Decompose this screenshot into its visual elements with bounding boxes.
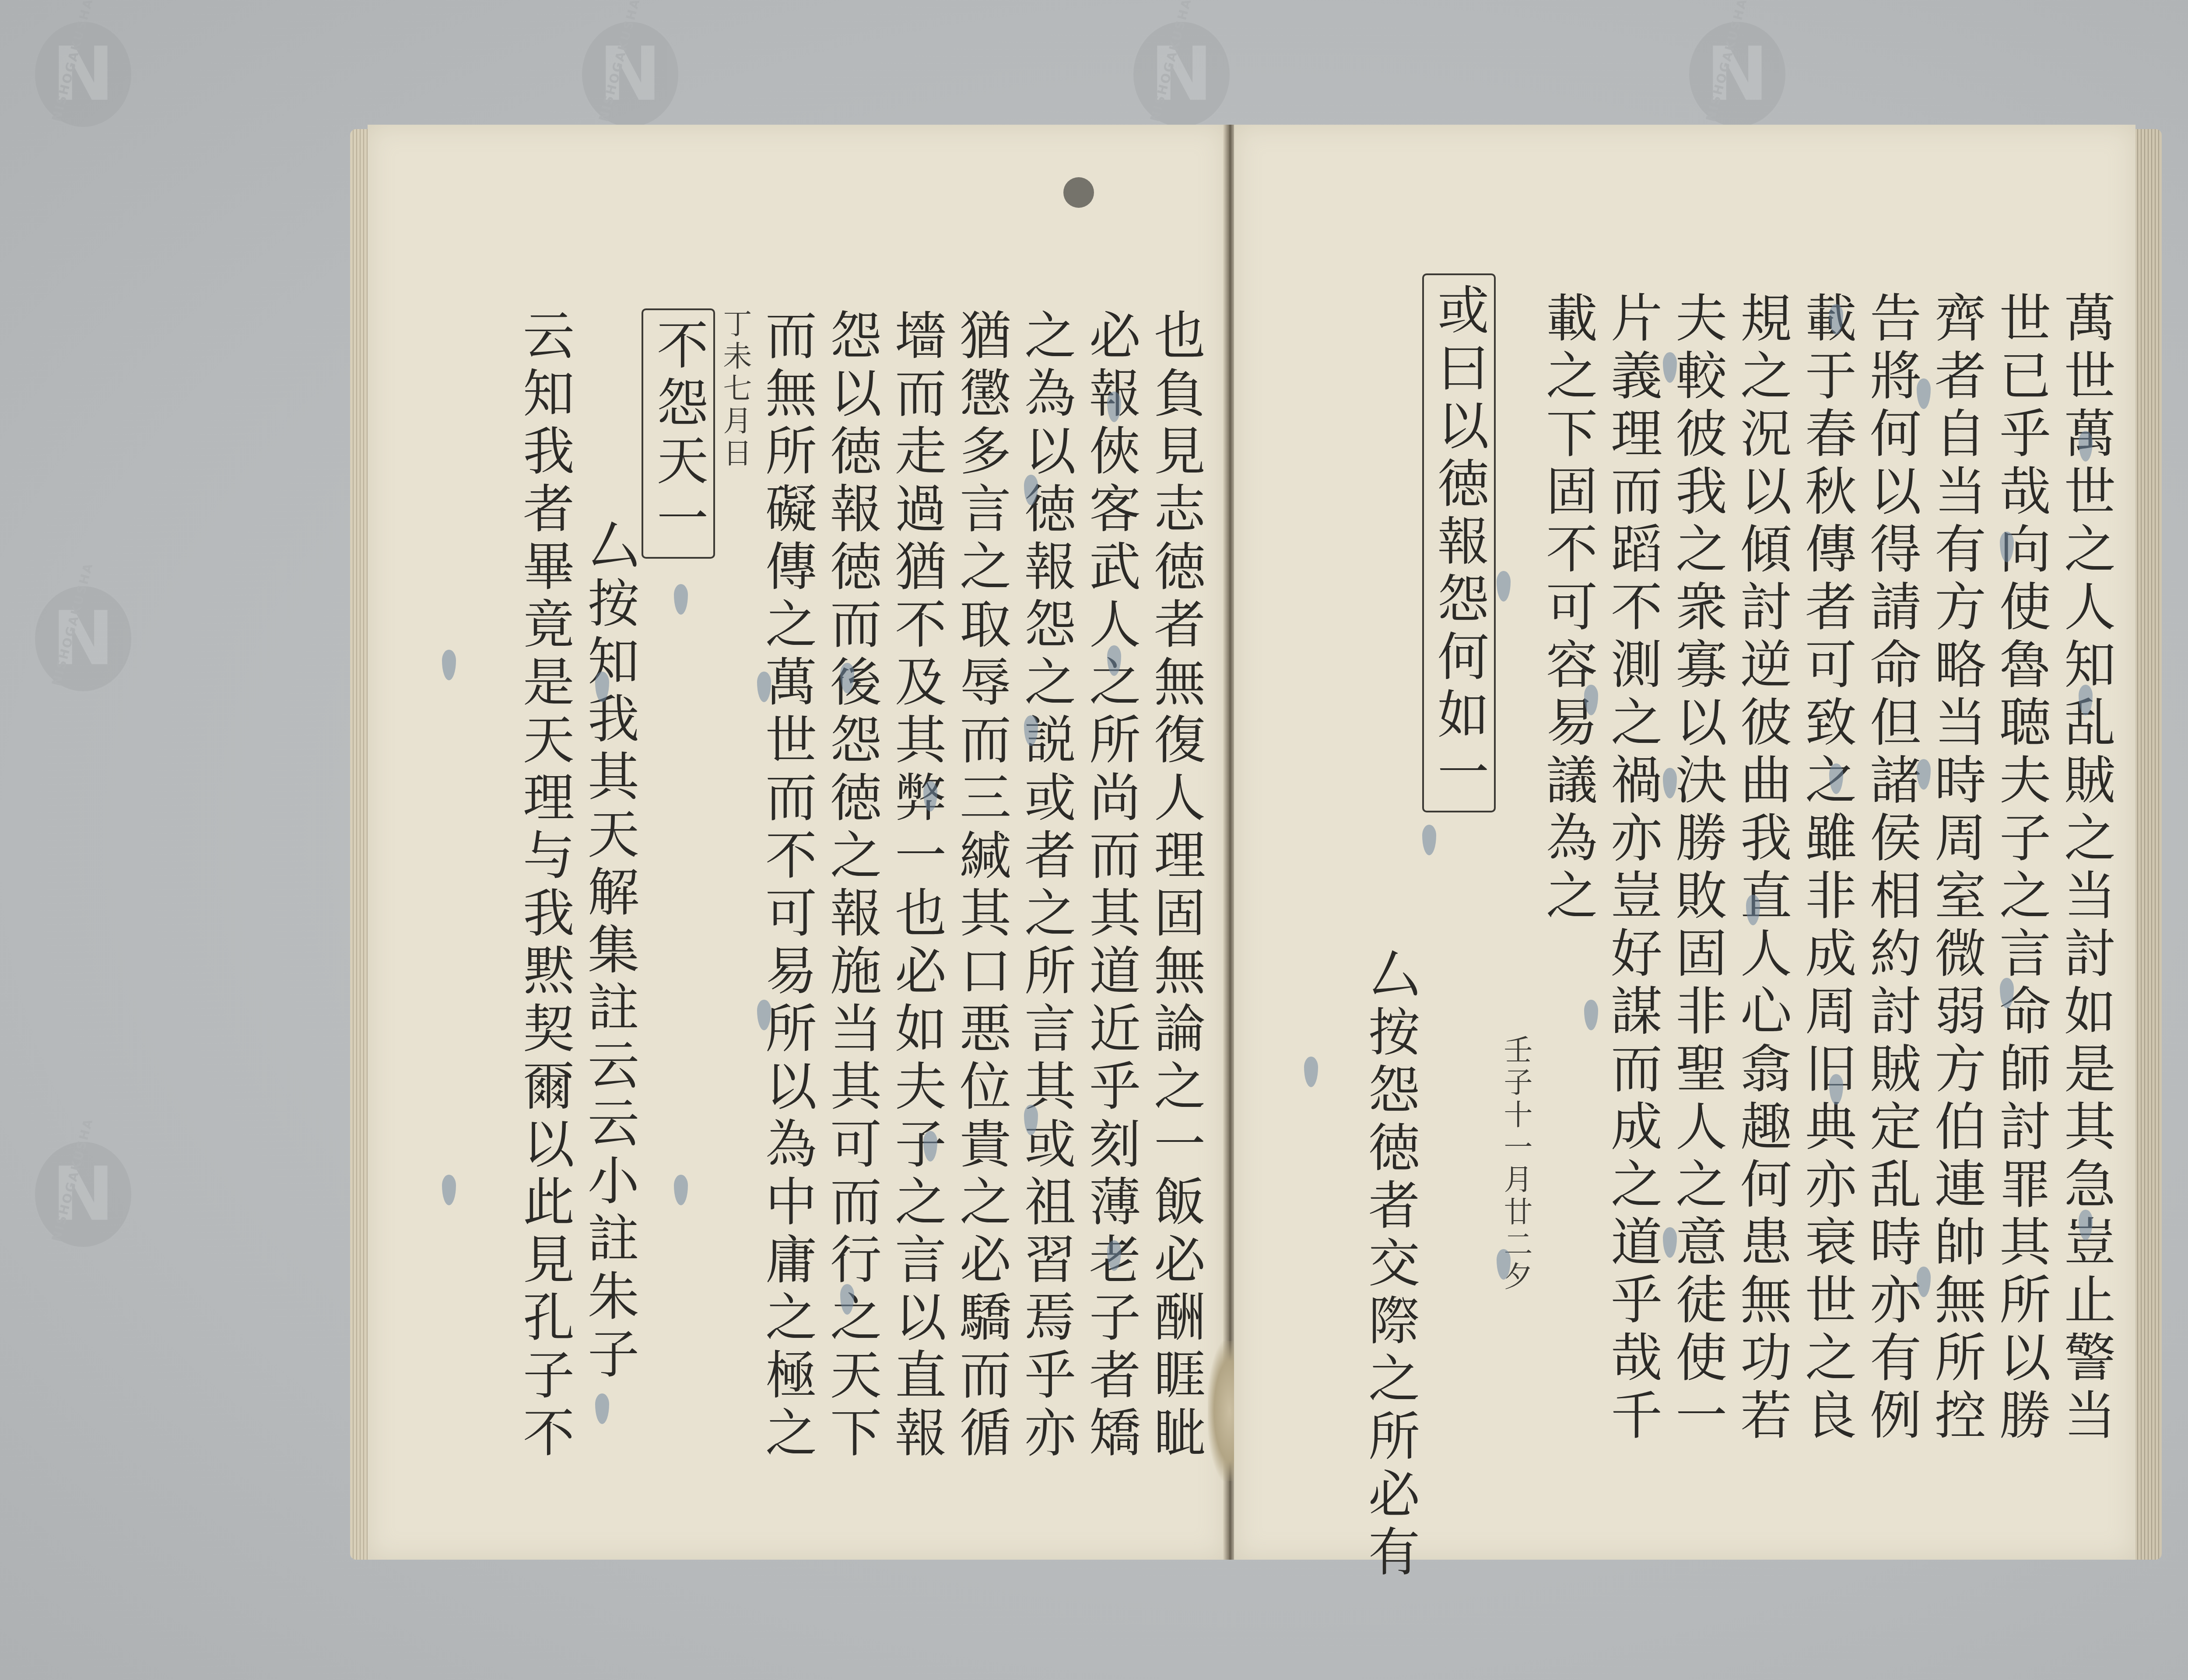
date-note: 丁未七月日: [715, 308, 754, 1560]
watermark-logo: NNISHOGAKUSHA: [18, 4, 149, 136]
open-book: 也負見志徳者無復人理固無論之一飯必酬睚眦 必報俠客武人之所尚而其道近乎刻薄老子者…: [350, 125, 2162, 1564]
watermark-logo: NNISHOGAKUSHA: [18, 1124, 149, 1256]
left-page: 也負見志徳者無復人理固無論之一飯必酬睚眦 必報俠客武人之所尚而其道近乎刻薄老子者…: [368, 125, 1225, 1560]
right-page: 萬世萬世之人知乱賊之当討如是其急豈止警当 世已乎哉向使魯聴夫子之言命師討罪其所以…: [1234, 125, 2135, 1560]
text-column: 世已乎哉向使魯聴夫子之言命師討罪其所以勝: [1988, 291, 2053, 1560]
left-page-text: 也負見志徳者無復人理固無論之一飯必酬睚眦 必報俠客武人之所尚而其道近乎刻薄老子者…: [420, 308, 1208, 1560]
text-column: 猶懲多言之取辱而三緘其口悪位貴之必驕而循: [949, 308, 1013, 1560]
watermark-logo: NNISHOGAKUSHA: [1672, 4, 1803, 136]
text-column: 載之下固不可容易議為之: [1535, 291, 1600, 1560]
boxed-heading: 不怨天一: [642, 308, 715, 559]
text-column: 怨以徳報徳而後怨徳之報施当其可而行之天下: [819, 308, 884, 1560]
text-column: 片義理而蹈不測之禍亦豈好謀而成之道乎哉千: [1600, 291, 1665, 1560]
text-column: 厶按怨徳者交際之所必有: [1357, 947, 1422, 1560]
text-column: 齊者自当有方略当時周室微弱方伯連帥無所控: [1924, 291, 1988, 1560]
text-column: 夫較彼我之衆寡以決勝敗固非聖人之意徒使一: [1665, 291, 1729, 1560]
text-column: 之為以徳報怨之説或者之所言其或祖習焉乎亦: [1013, 308, 1078, 1560]
text-column: 云知我者畢竟是天理与我黙契爾以此見孔子不: [512, 308, 577, 1560]
date-note: 壬子十一月廿二夕: [1496, 1035, 1535, 1560]
text-column: 規之況以傾討逆彼曲我直人心翕趣何患無功若: [1729, 291, 1794, 1560]
boxed-heading: 或曰以徳報怨何如一: [1422, 273, 1496, 812]
text-column: 厶按知我其天解集註云云小註朱子: [577, 518, 642, 1560]
text-column: 載于春秋傳者可致之雖非成周旧典亦衰世之良: [1794, 291, 1859, 1560]
text-column: 墻而走過猶不及其弊一也必如夫子之言以直報: [884, 308, 949, 1560]
page-edges-right: [2131, 129, 2162, 1560]
text-column: 也負見志徳者無復人理固無論之一飯必酬睚眦: [1143, 308, 1208, 1560]
watermark-logo: NNISHOGAKUSHA: [1116, 4, 1247, 136]
watermark-logo: NNISHOGAKUSHA: [18, 569, 149, 700]
text-column: 而無所礙傳之萬世而不可易所以為中庸之極之: [754, 308, 819, 1560]
watermark-logo: NNISHOGAKUSHA: [565, 4, 696, 136]
right-page-text: 萬世萬世之人知乱賊之当討如是其急豈止警当 世已乎哉向使魯聴夫子之言命師討罪其所以…: [1278, 291, 2118, 1560]
text-column: 告將何以得請命但諸侯相約討賊定乱時亦有例: [1859, 291, 1924, 1560]
text-column: 萬世萬世之人知乱賊之当討如是其急豈止警当: [2053, 291, 2118, 1560]
ink-stain: [1063, 177, 1094, 208]
text-column: 必報俠客武人之所尚而其道近乎刻薄老子者矯: [1078, 308, 1143, 1560]
text-column-with-note: 載之下固不可容易議為之: [1535, 291, 1600, 1560]
